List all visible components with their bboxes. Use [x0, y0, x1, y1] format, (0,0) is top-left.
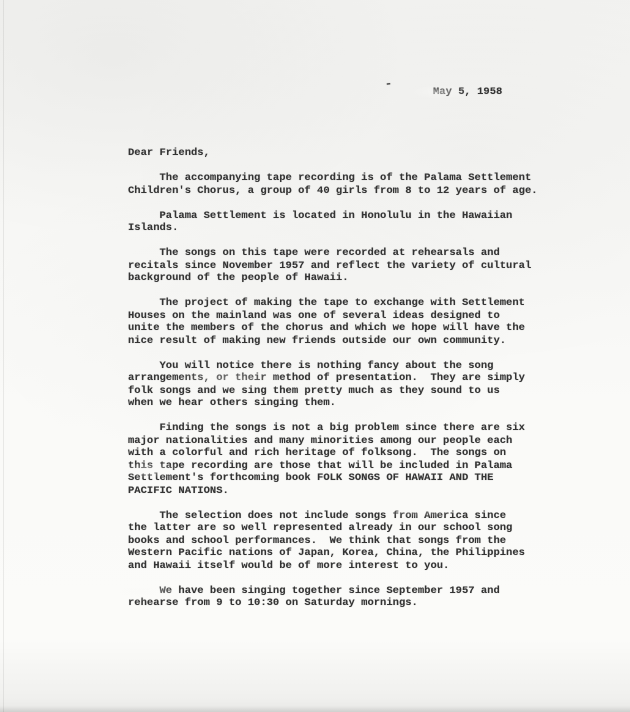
- letter-paragraph: Finding the songs is not a big problem s…: [128, 422, 568, 497]
- letter-paragraph: Palama Settlement is located in Honolulu…: [128, 210, 568, 235]
- letter-date: May 5, 1958: [433, 86, 502, 99]
- letter-body: Dear Friends, The accompanying tape reco…: [128, 147, 568, 610]
- scan-edge-left: [3, 0, 4, 712]
- letter-paragraph: We have been singing together since Sept…: [128, 585, 568, 610]
- pen-mark-icon: -: [384, 78, 392, 91]
- letter-paragraph: The project of making the tape to exchan…: [128, 297, 568, 347]
- letter-paragraph: You will notice there is nothing fancy a…: [128, 360, 568, 410]
- letter-paragraph: The songs on this tape were recorded at …: [128, 247, 568, 285]
- letter-salutation: Dear Friends,: [128, 147, 568, 160]
- scanned-letter-page: - May 5, 1958 Dear Friends, The accompan…: [0, 0, 630, 712]
- letter-paragraph: The selection does not include songs fro…: [128, 510, 568, 573]
- scan-edge-bottom: [0, 706, 630, 712]
- letter-paragraph: The accompanying tape recording is of th…: [128, 172, 568, 197]
